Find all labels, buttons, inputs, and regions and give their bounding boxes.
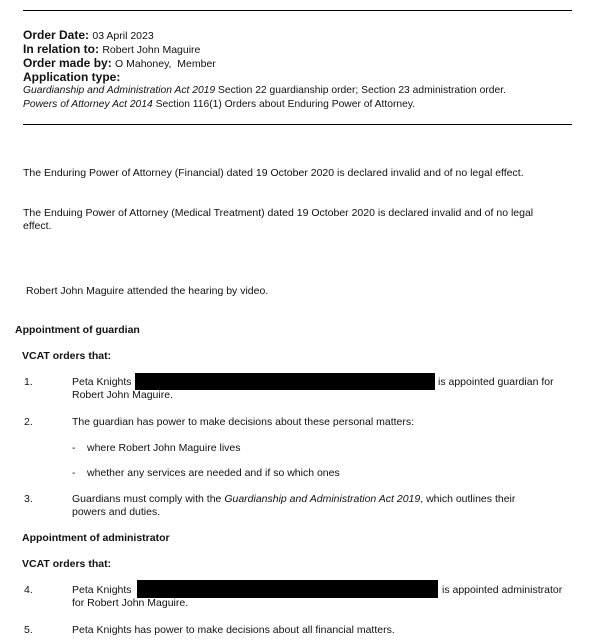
- order-4-prefix: Peta Knights: [72, 584, 132, 596]
- bullet-dash: -: [72, 467, 76, 479]
- in-relation-label: In relation to:: [23, 42, 99, 56]
- redaction-box: [137, 580, 438, 598]
- in-relation-value: Robert John Maguire: [102, 44, 200, 56]
- administrator-orders-intro: VCAT orders that:: [22, 558, 111, 570]
- order-3-before: Guardians must comply with the: [72, 493, 224, 505]
- order-number: 2.: [24, 416, 33, 428]
- order-4-suffix: is appointed administrator: [442, 584, 562, 596]
- act-name: Guardianship and Administration Act 2019: [23, 85, 215, 96]
- made-by-line: Order made by: O Mahoney, Member: [23, 56, 216, 71]
- order-number: 5.: [24, 624, 33, 636]
- guardian-section-heading: Appointment of guardian: [15, 324, 140, 336]
- act-name: Powers of Attorney Act 2014: [23, 99, 153, 110]
- order-date-label: Order Date:: [23, 28, 89, 42]
- personal-matter-item: where Robert John Maguire lives: [87, 442, 241, 454]
- guardian-orders-intro: VCAT orders that:: [22, 350, 111, 362]
- redaction-box: [135, 373, 435, 390]
- made-by-label: Order made by:: [23, 56, 112, 70]
- order-3-after: , which outlines their: [420, 493, 515, 505]
- order-date-line: Order Date: 03 April 2023: [23, 28, 154, 43]
- declaration-financial: The Enduring Power of Attorney (Financia…: [23, 167, 583, 180]
- order-3-line2: powers and duties.: [72, 506, 160, 518]
- order-3-text: Guardians must comply with the Guardians…: [72, 493, 515, 505]
- application-type-label: Application type:: [23, 70, 120, 84]
- order-1-suffix: is appointed guardian for: [438, 376, 554, 388]
- order-number: 4.: [24, 584, 33, 596]
- application-line-2: Powers of Attorney Act 2014 Section 116(…: [23, 98, 415, 111]
- header-bottom-rule: [23, 124, 572, 125]
- application-type-line: Application type:: [23, 70, 120, 84]
- application-line-1: Guardianship and Administration Act 2019…: [23, 84, 506, 97]
- order-number: 1.: [24, 376, 33, 388]
- act-detail: Section 22 guardianship order; Section 2…: [215, 85, 506, 96]
- made-by-value: O Mahoney, Member: [115, 58, 216, 70]
- order-5-text: Peta Knights has power to make decisions…: [72, 624, 395, 636]
- top-rule: [23, 10, 572, 11]
- order-4-line2: for Robert John Maguire.: [72, 597, 188, 609]
- administrator-section-heading: Appointment of administrator: [22, 532, 170, 544]
- order-number: 3.: [24, 493, 33, 505]
- order-1-line2: Robert John Maguire.: [72, 389, 173, 401]
- bullet-dash: -: [72, 442, 76, 454]
- in-relation-line: In relation to: Robert John Maguire: [23, 42, 200, 57]
- personal-matter-item: whether any services are needed and if s…: [87, 467, 340, 479]
- act-name: Guardianship and Administration Act 2019: [224, 493, 420, 505]
- order-2-text: The guardian has power to make decisions…: [72, 416, 414, 428]
- attendance-statement: Robert John Maguire attended the hearing…: [26, 285, 586, 298]
- order-date-value: 03 April 2023: [92, 30, 153, 42]
- declaration-medical: The Enduing Power of Attorney (Medical T…: [23, 207, 563, 233]
- act-detail: Section 116(1) Orders about Enduring Pow…: [153, 99, 415, 110]
- order-1-prefix: Peta Knights: [72, 376, 132, 388]
